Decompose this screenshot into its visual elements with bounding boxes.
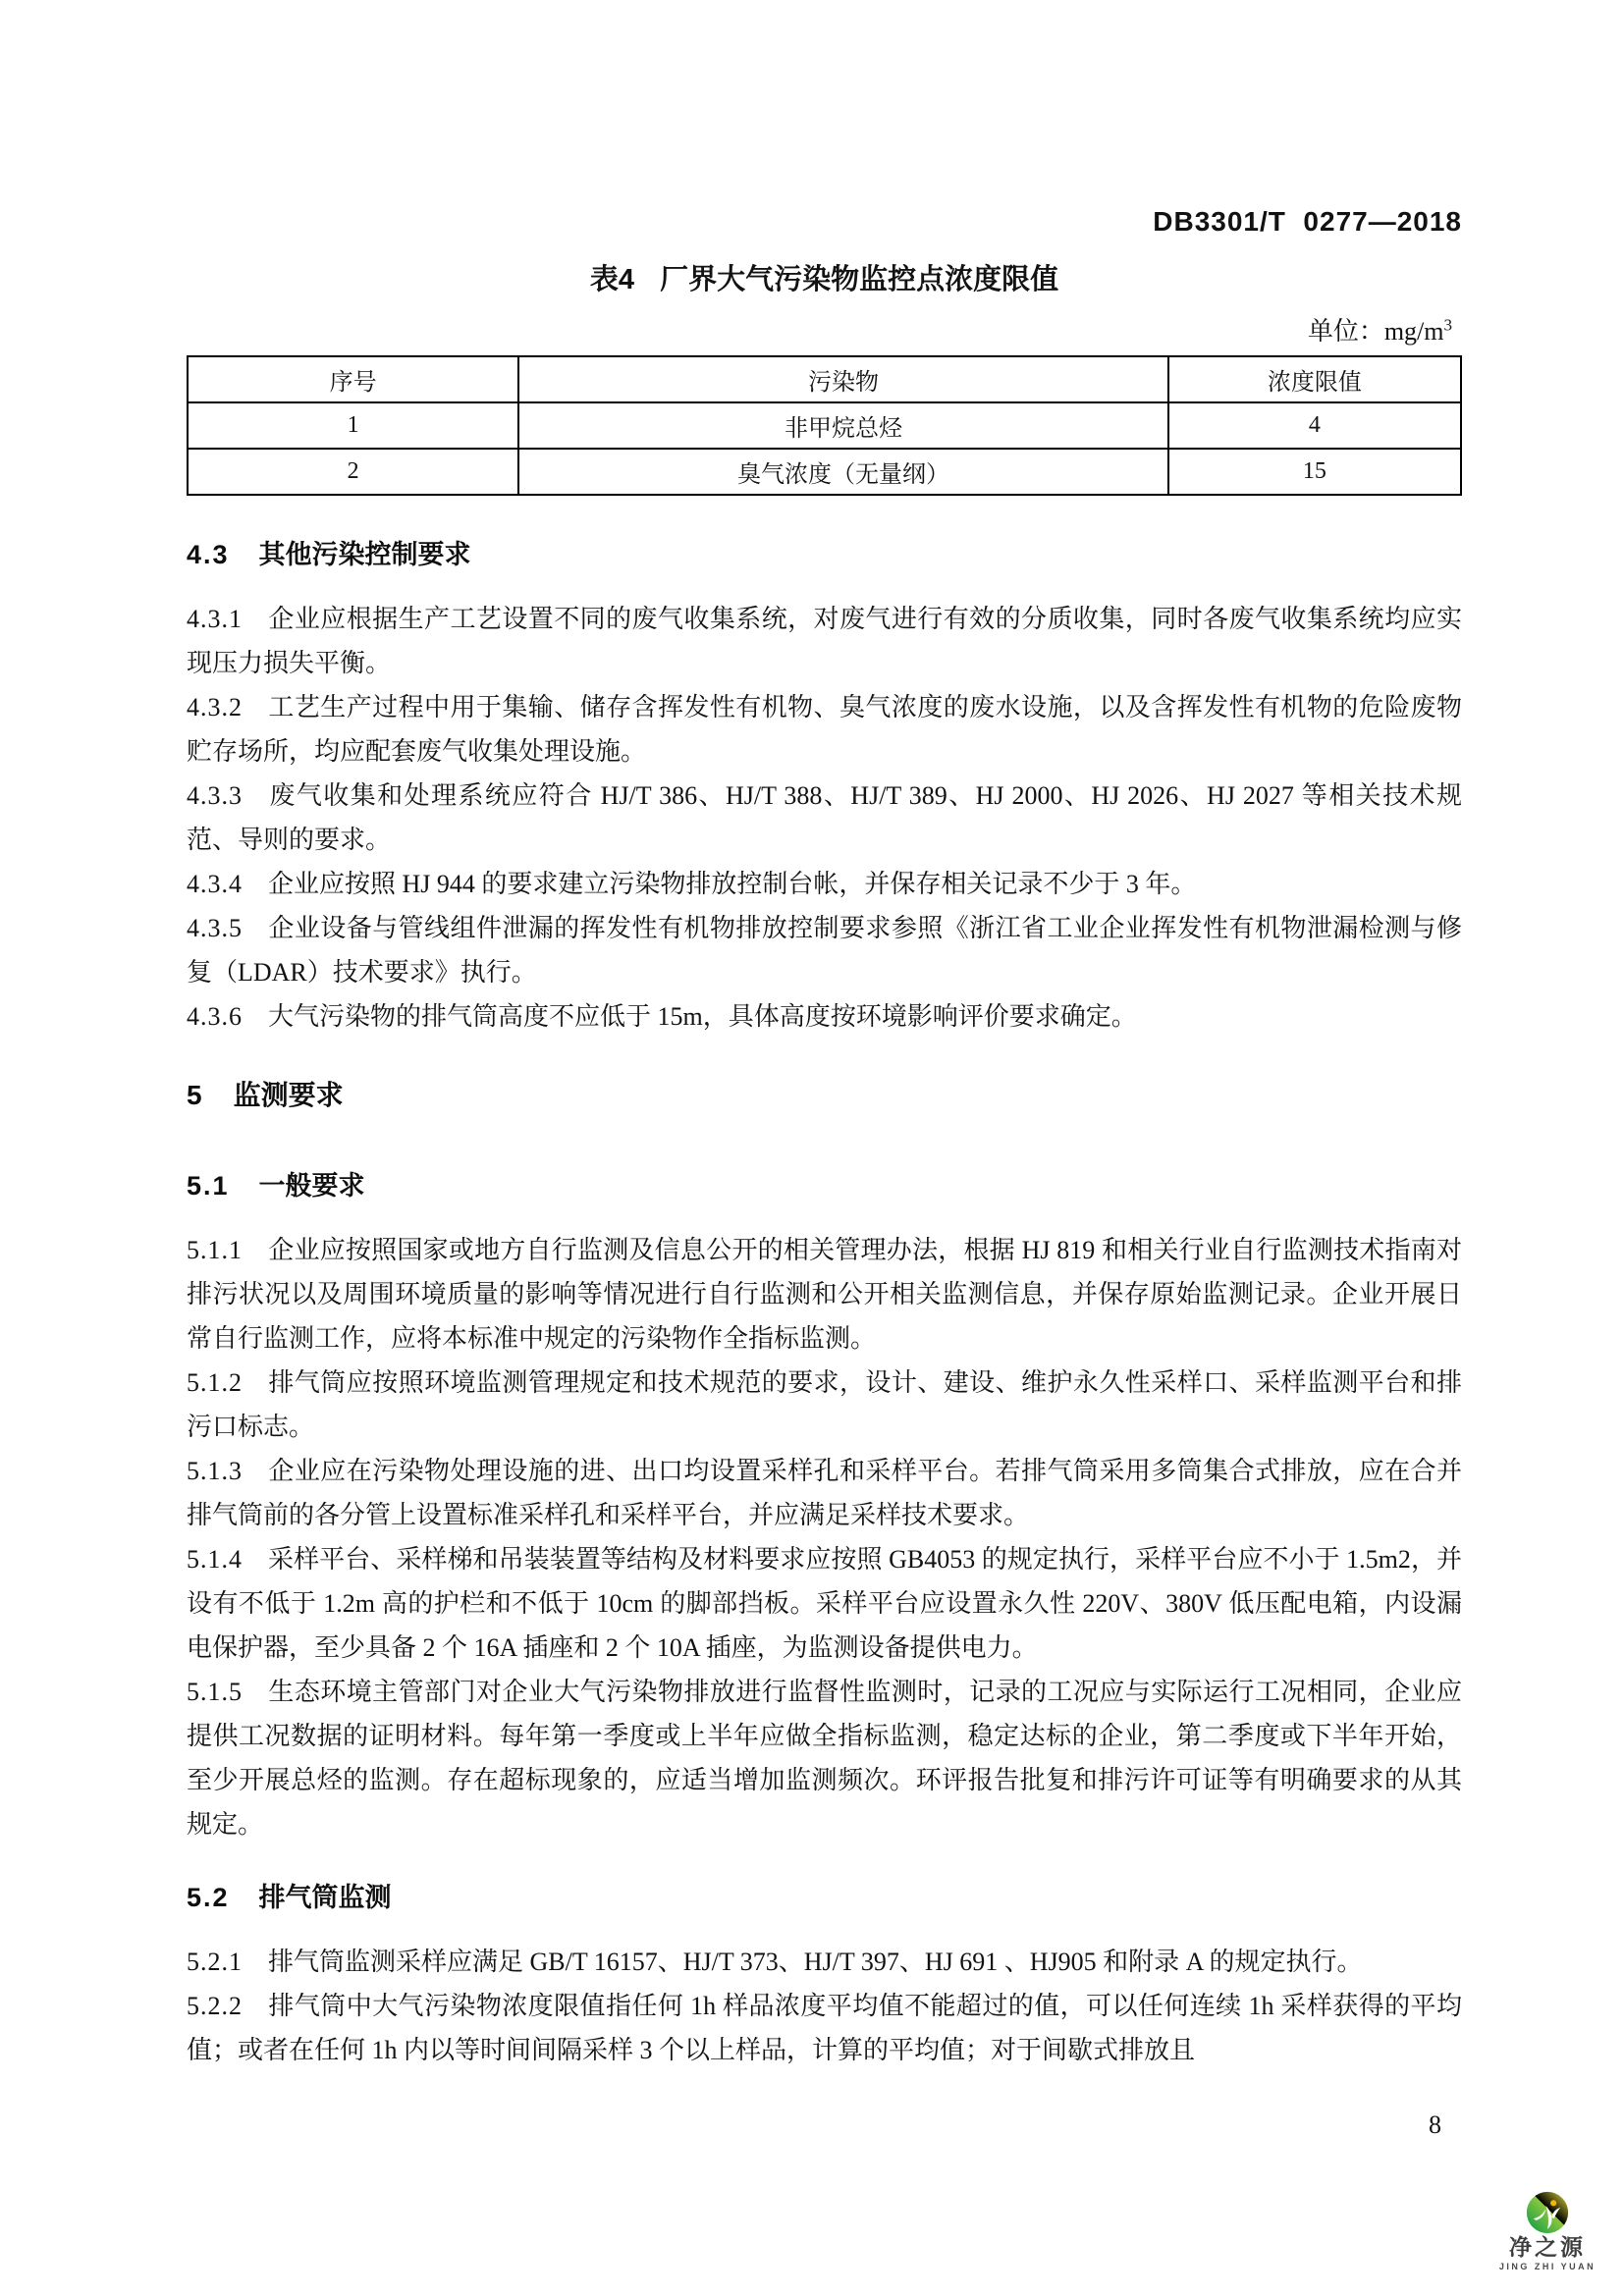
table-row: 1 非甲烷总烃 4 [188, 402, 1461, 449]
paragraph-4-3-3: 4.3.3废气收集和处理系统应符合 HJ/T 386、HJ/T 388、HJ/T… [187, 774, 1462, 862]
table4-title-text: 厂界大气污染物监控点浓度限值 [660, 264, 1058, 295]
paragraph-4-3-5: 4.3.5企业设备与管线组件泄漏的挥发性有机物排放控制要求参照《浙江省工业企业挥… [187, 906, 1462, 994]
jingzhiyuan-logo: 净之源 JING ZHI YUAN [1487, 2191, 1608, 2271]
table4-title: 表4厂界大气污染物监控点浓度限值 [187, 257, 1462, 297]
paragraph-4-3-4: 4.3.4企业应按照 HJ 944 的要求建立污染物排放控制台帐，并保存相关记录… [187, 862, 1462, 906]
section-5-1-paragraphs: 5.1.1企业应按照国家或地方自行监测及信息公开的相关管理办法，根据 HJ 81… [187, 1228, 1462, 1846]
col-header-seq: 序号 [188, 356, 518, 402]
page-number: 8 [1429, 2110, 1441, 2140]
cell-limit: 4 [1168, 402, 1461, 449]
paragraph-5-2-2: 5.2.2排气筒中大气污染物浓度限值指任何 1h 样品浓度平均值不能超过的值，可… [187, 1984, 1462, 2072]
unit-superscript: 3 [1444, 315, 1453, 334]
col-header-pollutant: 污染物 [518, 356, 1167, 402]
limits-table: 序号 污染物 浓度限值 1 非甲烷总烃 4 2 臭气浓度（无量纲） 15 [187, 355, 1462, 496]
paragraph-5-1-4: 5.1.4采样平台、采样梯和吊装装置等结构及材料要求应按照 GB4053 的规定… [187, 1537, 1462, 1670]
section-heading-4-3: 4.3其他污染控制要求 [187, 533, 1462, 571]
paragraph-5-1-1: 5.1.1企业应按照国家或地方自行监测及信息公开的相关管理办法，根据 HJ 81… [187, 1228, 1462, 1361]
table4-title-number: 表4 [590, 264, 634, 295]
table-header-row: 序号 污染物 浓度限值 [188, 356, 1461, 402]
table4-unit-label: 单位：mg/m3 [187, 311, 1462, 347]
document-page: DB3301/T 0277—2018 表4厂界大气污染物监控点浓度限值 单位：m… [0, 0, 1624, 2296]
cell-pollutant: 臭气浓度（无量纲） [518, 449, 1167, 495]
section-heading-5: 5监测要求 [187, 1074, 1462, 1113]
paragraph-4-3-2: 4.3.2工艺生产过程中用于集输、储存含挥发性有机物、臭气浓度的废水设施，以及含… [187, 685, 1462, 774]
section-4-3-paragraphs: 4.3.1企业应根据生产工艺设置不同的废气收集系统，对废气进行有效的分质收集，同… [187, 597, 1462, 1039]
paragraph-5-1-5: 5.1.5生态环境主管部门对企业大气污染物排放进行监督性监测时，记录的工况应与实… [187, 1670, 1462, 1846]
paragraph-5-1-3: 5.1.3企业应在污染物处理设施的进、出口均设置采样孔和采样平台。若排气筒采用多… [187, 1449, 1462, 1537]
paragraph-4-3-6: 4.3.6大气污染物的排气筒高度不应低于 15m，具体高度按环境影响评价要求确定… [187, 994, 1462, 1039]
leaf-person-icon [1526, 2191, 1569, 2234]
cell-seq: 2 [188, 449, 518, 495]
cell-limit: 15 [1168, 449, 1461, 495]
paragraph-4-3-1: 4.3.1企业应根据生产工艺设置不同的废气收集系统，对废气进行有效的分质收集，同… [187, 597, 1462, 685]
col-header-limit: 浓度限值 [1168, 356, 1461, 402]
cell-seq: 1 [188, 402, 518, 449]
section-heading-5-2: 5.2排气筒监测 [187, 1876, 1462, 1914]
section-5-2-paragraphs: 5.2.1排气筒监测采样应满足 GB/T 16157、HJ/T 373、HJ/T… [187, 1940, 1462, 2072]
cell-pollutant: 非甲烷总烃 [518, 402, 1167, 449]
logo-name-cn: 净之源 [1487, 2236, 1608, 2259]
logo-name-en: JING ZHI YUAN [1487, 2263, 1608, 2271]
section-heading-5-1: 5.1一般要求 [187, 1164, 1462, 1202]
paragraph-5-1-2: 5.1.2排气筒应按照环境监测管理规定和技术规范的要求，设计、建设、维护永久性采… [187, 1361, 1462, 1449]
table-row: 2 臭气浓度（无量纲） 15 [188, 449, 1461, 495]
page-content: 表4厂界大气污染物监控点浓度限值 单位：mg/m3 序号 污染物 浓度限值 1 … [187, 0, 1462, 2072]
paragraph-5-2-1: 5.2.1排气筒监测采样应满足 GB/T 16157、HJ/T 373、HJ/T… [187, 1940, 1462, 1984]
